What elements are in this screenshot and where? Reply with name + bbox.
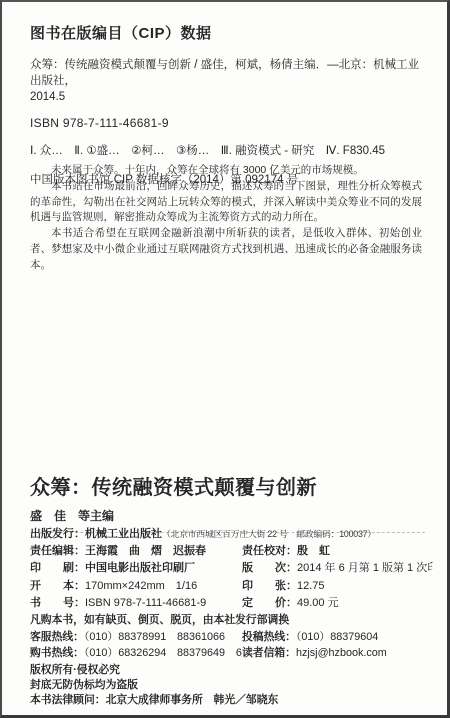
legal-block: 版权所有·侵权必究 封底无防伪标均为盗版 本书法律顾问：北京大成律师事务所 韩光… xyxy=(30,663,425,707)
colophon-row-price: 定 价：49.00 元 xyxy=(242,595,433,612)
cip-entry-line2: 2014.5 xyxy=(30,89,425,105)
editor-names: 王海霞 曲 熠 迟振春 xyxy=(85,545,206,557)
format-value: 170mm×242mm 1/16 xyxy=(85,580,197,592)
purchase-hotline-label: 购书热线： xyxy=(30,647,84,659)
colophon-row-book-number: 书 号：ISBN 978-7-111-46681-9 xyxy=(30,595,242,612)
cip-entry-line1: 众筹：传统融资模式颠覆与创新 / 盛佳，柯斌，杨倩主编．—北京：机械工业出版社， xyxy=(30,57,425,89)
format-label: 开 本： xyxy=(30,580,85,592)
service-row-reader-mailbox: 读者信箱：hzjsj@hzbook.com xyxy=(242,645,433,662)
copyright-notice: 版权所有·侵权必究 xyxy=(30,663,425,678)
service-row-submission-hotline: 投稿热线：（010）88379604 xyxy=(242,629,433,646)
proofreader-name: 殷 虹 xyxy=(297,545,330,557)
service-row-customer-hotline: 客服热线：（010）88378991 88361066 xyxy=(30,629,242,646)
colophon-block: 出版发行：机械工业出版社（北京市西城区百万庄大街 22 号 邮政编码：10003… xyxy=(30,526,433,612)
sheets-value: 12.75 xyxy=(297,580,325,592)
purchase-hotline-numbers: （010）68326294 88379649 68995259 xyxy=(84,647,242,659)
blurb-paragraph-1: 未来属于众筹。十年内，众筹在全球将有 3000 亿美元的市场规模。 xyxy=(30,163,422,179)
book-title: 众筹：传统融资模式颠覆与创新 xyxy=(30,471,425,500)
submission-hotline-number: （010）88379604 xyxy=(296,631,378,643)
printer-name: 中国电影出版社印刷厂 xyxy=(85,562,195,574)
blurb-paragraph-2: 本书站在市场最前沿，回眸众筹历史，描述众筹的当下图景，理性分析众筹模式的革命性，… xyxy=(30,179,422,226)
printer-label: 印 刷： xyxy=(30,562,85,574)
book-number-value: ISBN 978-7-111-46681-9 xyxy=(85,597,206,609)
colophon-row-edition: 版 次：2014 年 6 月第 1 版第 1 次印刷 xyxy=(242,560,433,577)
blurb-block: 未来属于众筹。十年内，众筹在全球将有 3000 亿美元的市场规模。 本书站在市场… xyxy=(30,163,422,274)
title-block: 众筹：传统融资模式颠覆与创新 盛 佳 等主编 xyxy=(30,471,425,533)
colophon-row-sheets: 印 张：12.75 xyxy=(242,578,433,595)
service-row-purchase-hotline: 购书热线：（010）68326294 88379649 68995259 xyxy=(30,645,242,662)
isbn-line: ISBN 978-7-111-46681-9 xyxy=(30,116,425,130)
publisher-label: 出版发行： xyxy=(30,528,85,540)
colophon-row-format: 开 本：170mm×242mm 1/16 xyxy=(30,578,242,595)
publisher-name: 机械工业出版社 xyxy=(85,528,162,540)
edition-label: 版 次： xyxy=(242,562,297,574)
book-number-label: 书 号： xyxy=(30,597,85,609)
sheets-label: 印 张： xyxy=(242,580,297,592)
editors-line: 盛 佳 等主编 xyxy=(30,507,425,524)
customer-hotline-label: 客服热线： xyxy=(30,631,84,643)
publisher-row: 出版发行：机械工业出版社（北京市西城区百万庄大街 22 号 邮政编码：10003… xyxy=(30,526,433,543)
colophon-row-printer: 印 刷：中国电影出版社印刷厂 xyxy=(30,560,242,577)
submission-hotline-label: 投稿热线： xyxy=(242,631,296,643)
colophon-row-proofreader: 责任校对：殷 虹 xyxy=(242,543,433,560)
price-value: 49.00 元 xyxy=(297,597,339,609)
price-label: 定 价： xyxy=(242,597,297,609)
classification-line: Ⅰ. 众… Ⅱ. ①盛… ②柯… ③杨… Ⅲ. 融资模式 - 研究 Ⅳ. F83… xyxy=(30,142,425,158)
editor-label: 责任编辑： xyxy=(30,545,85,557)
anti-piracy-notice: 封底无防伪标均为盗版 xyxy=(30,678,425,693)
reader-mailbox-label: 读者信箱： xyxy=(242,647,296,659)
edition-value: 2014 年 6 月第 1 版第 1 次印刷 xyxy=(297,562,433,574)
proofreader-label: 责任校对： xyxy=(242,545,297,557)
service-block: 凡购本书，如有缺页、倒页、脱页，由本社发行部调换 客服热线：（010）88378… xyxy=(30,612,433,662)
book-copyright-page: 图书在版编目（CIP）数据 众筹：传统融资模式颠覆与创新 / 盛佳，柯斌，杨倩主… xyxy=(0,0,450,718)
colophon-row-editor: 责任编辑：王海霞 曲 熠 迟振春 xyxy=(30,543,242,560)
reader-mailbox-email: hzjsj@hzbook.com xyxy=(296,647,387,659)
exchange-note: 凡购本书，如有缺页、倒页、脱页，由本社发行部调换 xyxy=(30,612,433,629)
customer-hotline-numbers: （010）88378991 88361066 xyxy=(84,631,225,643)
legal-counsel-line: 本书法律顾问：北京大成律师事务所 韩光／邹晓东 xyxy=(30,693,425,708)
publisher-address-note: （北京市西城区百万庄大街 22 号 邮政编码：100037） xyxy=(162,529,376,539)
blurb-paragraph-3: 本书适合希望在互联网金融新浪潮中所斩获的读者，是低收入群体、初始创业者、梦想家及… xyxy=(30,226,422,273)
cip-header: 图书在版编目（CIP）数据 xyxy=(30,22,425,43)
